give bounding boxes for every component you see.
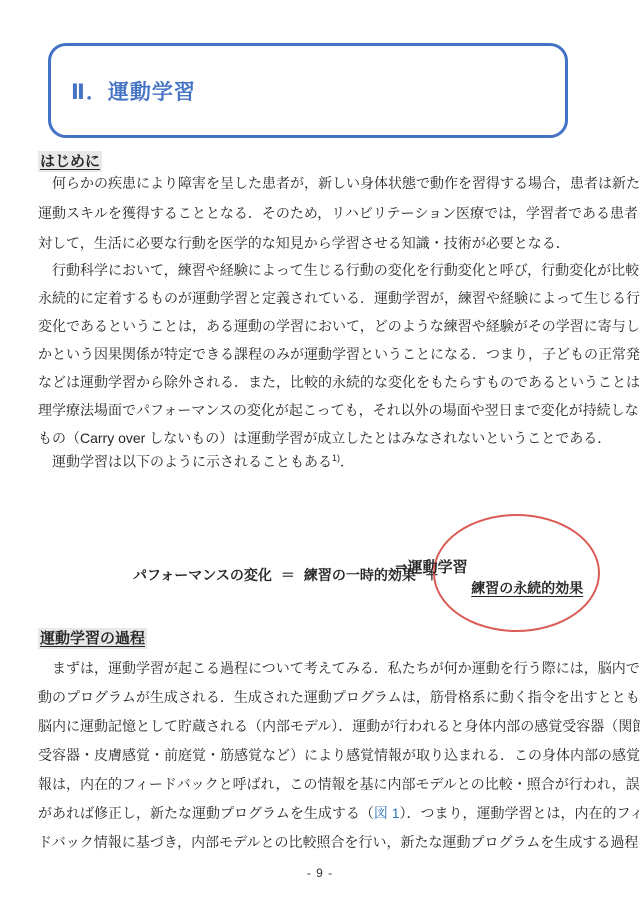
text-line: 運動学習は以下のように示されることもある1)． xyxy=(38,444,608,476)
text-line: 報は，内在的フィードバックと呼ばれ，この情報を基に内部モデルとの比較・照合が行わ… xyxy=(38,770,608,799)
text-line: ドバック情報に基づき，内部モデルとの比較照合を行い，新たな運動プログラムを生成す… xyxy=(38,828,608,857)
document-page: Ⅱ．運動学習 はじめに 何らかの疾患により障害を呈した患者が，新しい身体状態で動… xyxy=(0,0,640,910)
formula-arrow-note: ⇒運動学習 xyxy=(395,556,468,577)
text-segment: ． xyxy=(340,454,354,470)
figure-reference-link[interactable]: 図 1 xyxy=(374,805,400,821)
text-line: などは運動学習から除外される．また，比較的永続的な変化をもたらすものであるという… xyxy=(38,368,608,396)
text-line: 行動科学において，練習や経験によって生じる行動の変化を行動変化と呼び，行動変化が… xyxy=(38,256,608,284)
text-line: 受容器・皮膚感覚・前庭覚・筋感覚など）により感覚情報が取り込まれる．この身体内部… xyxy=(38,741,608,770)
formula-term2: 練習の永続的効果 xyxy=(471,575,583,601)
formula-lhs: パフォーマンスの変化 xyxy=(133,562,272,588)
chapter-title: Ⅱ．運動学習 xyxy=(71,76,196,106)
paragraph-intro-3: 運動学習は以下のように示されることもある1)． xyxy=(38,444,608,476)
paragraph-process-1: まずは，運動学習が起こる過程について考えてみる．私たちが何か運動を行う際には，脳… xyxy=(38,654,608,857)
text-line: 永続的に定着するものが運動学習と定義されている．運動学習が，練習や経験によって生… xyxy=(38,284,608,312)
text-line: 運動スキルを獲得することとなる．そのため，リハビリテーション医療では，学習者であ… xyxy=(38,198,608,228)
text-line: 変化であるということは，ある運動の学習において，どのような練習や経験がその学習に… xyxy=(38,312,608,340)
text-line: 対して，生活に必要な行動を医学的な知見から学習させる知識・技術が必要となる． xyxy=(38,228,608,258)
text-line: 動のプログラムが生成される．生成された運動プログラムは，筋骨格系に動く指令を出す… xyxy=(38,683,608,712)
equals-sign: ＝ xyxy=(281,562,295,588)
circled-term-wrap: 練習の永続的効果 xyxy=(448,523,583,627)
citation-superscript: 1) xyxy=(332,453,340,463)
motor-learning-formula: パフォーマンスの変化 ＝ 練習の一時的効果 ＋ 練習の永続的効果 xyxy=(133,523,583,627)
paragraph-intro-2: 行動科学において，練習や経験によって生じる行動の変化を行動変化と呼び，行動変化が… xyxy=(38,256,608,452)
chapter-title-box: Ⅱ．運動学習 xyxy=(48,43,568,138)
text-line: 何らかの疾患により障害を呈した患者が，新しい身体状態で動作を習得する場合，患者は… xyxy=(38,168,608,198)
text-line: があれば修正し，新たな運動プログラムを生成する（図 1）．つまり，運動学習とは，… xyxy=(38,799,608,828)
text-line: 脳内に運動記憶として貯蔵される（内部モデル）．運動が行われると身体内部の感覚受容… xyxy=(38,712,608,741)
text-segment: があれば修正し，新たな運動プログラムを生成する（ xyxy=(38,805,374,821)
text-line: 理学療法場面でパフォーマンスの変化が起こっても，それ以外の場面や翌日まで変化が持… xyxy=(38,396,608,424)
text-segment: ）．つまり，運動学習とは，内在的フィー xyxy=(400,805,640,821)
section-heading-process: 運動学習の過程 xyxy=(38,628,147,649)
page-number: - 9 - xyxy=(0,866,640,880)
text-line: かという因果関係が特定できる課程のみが運動学習ということになる．つまり，子どもの… xyxy=(38,340,608,368)
text-segment: 運動学習は以下のように示されることもある xyxy=(38,454,332,470)
text-line: まずは，運動学習が起こる過程について考えてみる．私たちが何か運動を行う際には，脳… xyxy=(38,654,608,683)
paragraph-intro-1: 何らかの疾患により障害を呈した患者が，新しい身体状態で動作を習得する場合，患者は… xyxy=(38,168,608,258)
